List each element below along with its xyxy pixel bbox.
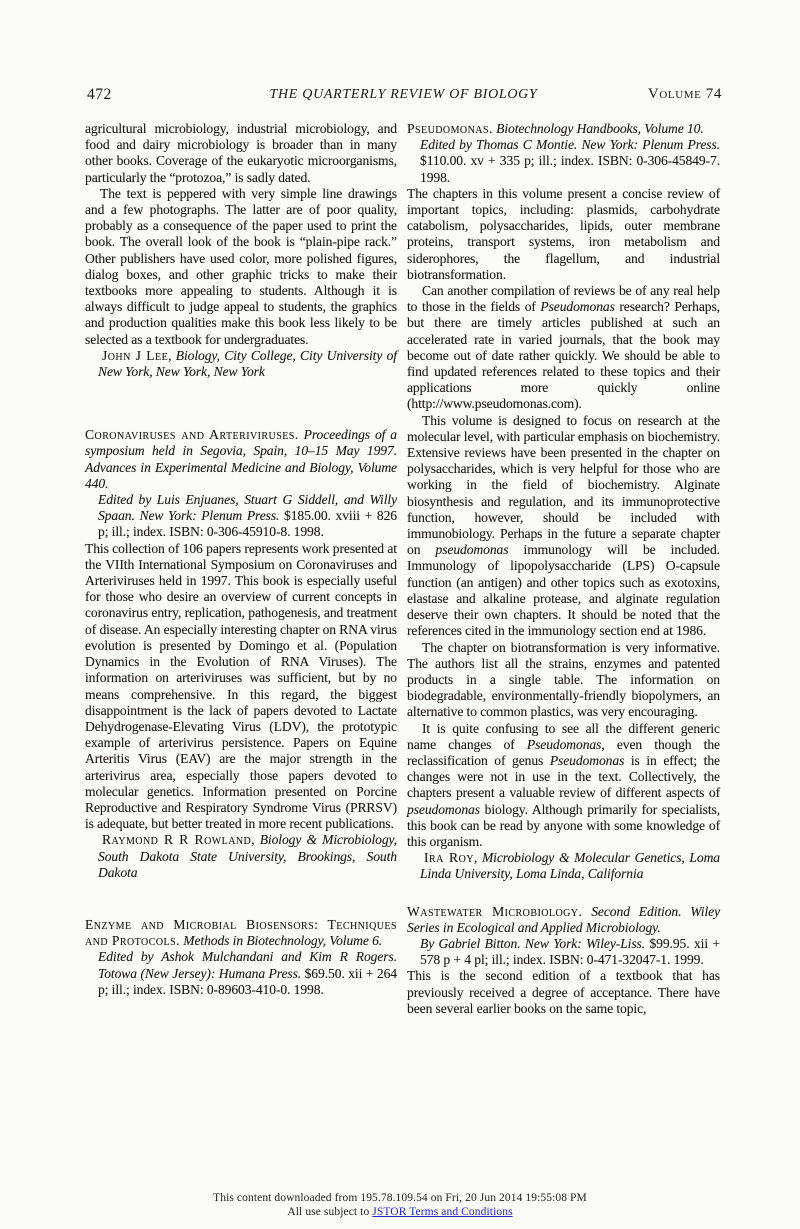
body-paragraph: It is quite confusing to see all the dif… xyxy=(407,721,720,851)
book-citation: Edited by Thomas C Montie. New York: Ple… xyxy=(407,137,720,186)
text-run: , xyxy=(168,348,176,363)
right-column: Pseudomonas. Biotechnology Handbooks, Vo… xyxy=(407,121,720,1017)
footer-terms-line: All use subject to JSTOR Terms and Condi… xyxy=(0,1205,800,1219)
text-run: , xyxy=(474,850,482,865)
text-run: Ira Roy xyxy=(424,850,474,865)
text-run: Pseudomonas xyxy=(527,737,601,752)
text-run: Methods in Biotechnology, Volume 6. xyxy=(180,933,382,948)
text-run: The text is peppered with very simple li… xyxy=(85,186,397,347)
text-run: pseudomonas xyxy=(436,542,509,557)
jstor-terms-link[interactable]: JSTOR Terms and Conditions xyxy=(372,1206,512,1218)
body-paragraph: This collection of 106 papers represents… xyxy=(85,541,397,833)
text-run: Raymond R R Rowland xyxy=(102,832,251,847)
text-run: Pseudomonas xyxy=(540,299,614,314)
text-run: By Gabriel Bitton. New York: Wiley-Liss. xyxy=(420,936,645,951)
text-run: This collection of 106 papers represents… xyxy=(85,541,397,831)
text-run: , xyxy=(251,832,260,847)
reviewer-signature: Raymond R R Rowland, Biology & Microbiol… xyxy=(85,832,397,881)
text-run: This volume is designed to focus on rese… xyxy=(407,413,720,558)
review-heading: Wastewater Microbiology. Second Edition.… xyxy=(407,904,720,936)
section-gap xyxy=(85,380,397,427)
review-heading: Coronaviruses and Arteriviruses. Proceed… xyxy=(85,427,397,492)
text-run: pseudomonas xyxy=(407,802,480,817)
left-column: agricultural microbiology, industrial mi… xyxy=(85,121,397,998)
footer-terms-prefix: All use subject to xyxy=(287,1206,372,1218)
text-run: The chapter on biotransformation is very… xyxy=(407,640,720,720)
text-run: The chapters in this volume present a co… xyxy=(407,186,720,282)
review-heading: Pseudomonas. Biotechnology Handbooks, Vo… xyxy=(407,121,720,137)
body-paragraph: The chapters in this volume present a co… xyxy=(407,186,720,283)
body-paragraph: The text is peppered with very simple li… xyxy=(85,186,397,348)
journal-page: 472 THE QUARTERLY REVIEW OF BIOLOGY Volu… xyxy=(0,0,800,1229)
text-run: Edited by Thomas C Montie. New York: Ple… xyxy=(420,137,720,152)
page-footer: This content downloaded from 195.78.109.… xyxy=(0,1191,800,1219)
page-header: 472 THE QUARTERLY REVIEW OF BIOLOGY Volu… xyxy=(85,86,722,108)
text-run: Wastewater Microbiology. xyxy=(407,904,582,919)
reviewer-signature: Ira Roy, Microbiology & Molecular Geneti… xyxy=(407,850,720,882)
reviewer-signature: John J Lee, Biology, City College, City … xyxy=(85,348,397,380)
book-citation: By Gabriel Bitton. New York: Wiley-Liss.… xyxy=(407,936,720,968)
footer-download-line: This content downloaded from 195.78.109.… xyxy=(0,1191,800,1205)
text-run: agricultural microbiology, industrial mi… xyxy=(85,121,397,185)
section-gap xyxy=(407,883,720,904)
book-citation: Edited by Luis Enjuanes, Stuart G Siddel… xyxy=(85,492,397,541)
journal-title: THE QUARTERLY REVIEW OF BIOLOGY xyxy=(85,87,722,103)
text-run: This is the second edition of a textbook… xyxy=(407,968,720,1015)
section-gap xyxy=(85,881,397,917)
text-run: Pseudomonas. xyxy=(407,121,493,136)
volume-label: Volume 74 xyxy=(648,86,722,103)
body-paragraph: This volume is designed to focus on rese… xyxy=(407,413,720,640)
text-run: Pseudomonas xyxy=(550,753,624,768)
text-run: research? Perhaps, but there are timely … xyxy=(407,299,720,411)
review-heading: Enzyme and Microbial Biosensors: Techniq… xyxy=(85,917,397,949)
book-citation: Edited by Ashok Mulchandani and Kim R Ro… xyxy=(85,949,397,998)
body-paragraph: Can another compilation of reviews be of… xyxy=(407,283,720,413)
body-paragraph: This is the second edition of a textbook… xyxy=(407,968,720,1017)
text-run: Biotechnology Handbooks, Volume 10. xyxy=(493,121,704,136)
body-paragraph: agricultural microbiology, industrial mi… xyxy=(85,121,397,186)
text-run: John J Lee xyxy=(102,348,168,363)
text-run: Coronaviruses and Arteriviruses. xyxy=(85,427,299,442)
body-paragraph: The chapter on biotransformation is very… xyxy=(407,640,720,721)
text-run: $110.00. xv + 335 p; ill.; index. ISBN: … xyxy=(420,153,720,184)
